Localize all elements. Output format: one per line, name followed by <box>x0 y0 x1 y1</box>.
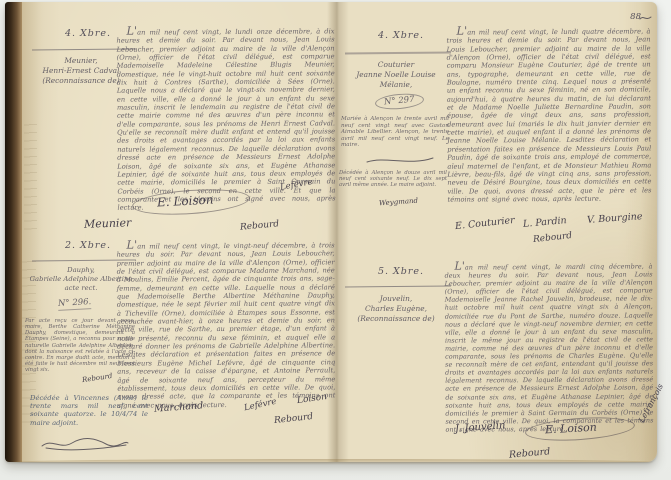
signature: Rebourd <box>274 412 314 426</box>
signature: Marchand <box>154 400 204 414</box>
act-entry-right-2: 5. Xbre. Jouvelin, Charles Eugène, (Reco… <box>337 2 657 462</box>
signature: E. Loison <box>545 421 597 437</box>
margin-name: Jouvelin, Charles Eugène, (Reconnaissanc… <box>337 294 455 324</box>
book-spine <box>5 2 22 462</box>
scanned-register-photo: 4. Xbre. Meunier, Henri-Ernest Cadval (R… <box>0 0 671 480</box>
margin-rule <box>345 285 451 287</box>
pencil-signature-flourish <box>40 436 130 450</box>
left-page: 4. Xbre. Meunier, Henri-Ernest Cadval (R… <box>22 2 336 462</box>
act-number: N° 296. <box>58 297 92 311</box>
act-entry-left-2: 2. Xbre. Dauphy, Gabrielle Adelphine Alb… <box>22 2 336 462</box>
register-book: 4. Xbre. Meunier, Henri-Ernest Cadval (R… <box>5 2 657 462</box>
marginal-note-signature: Rebourd <box>82 372 113 384</box>
act-body: L'an mil neuf cent vingt, le vingt-neuf … <box>116 239 335 409</box>
right-page: 88 4. Xbre. Couturier Jeanne Noelle Loui… <box>337 2 657 462</box>
book-bottom-edge-shadow <box>13 459 653 465</box>
act-body: L'an mil neuf cent vingt, le mardi cinq … <box>444 261 653 433</box>
act-date: 5. Xbre. <box>355 266 447 277</box>
